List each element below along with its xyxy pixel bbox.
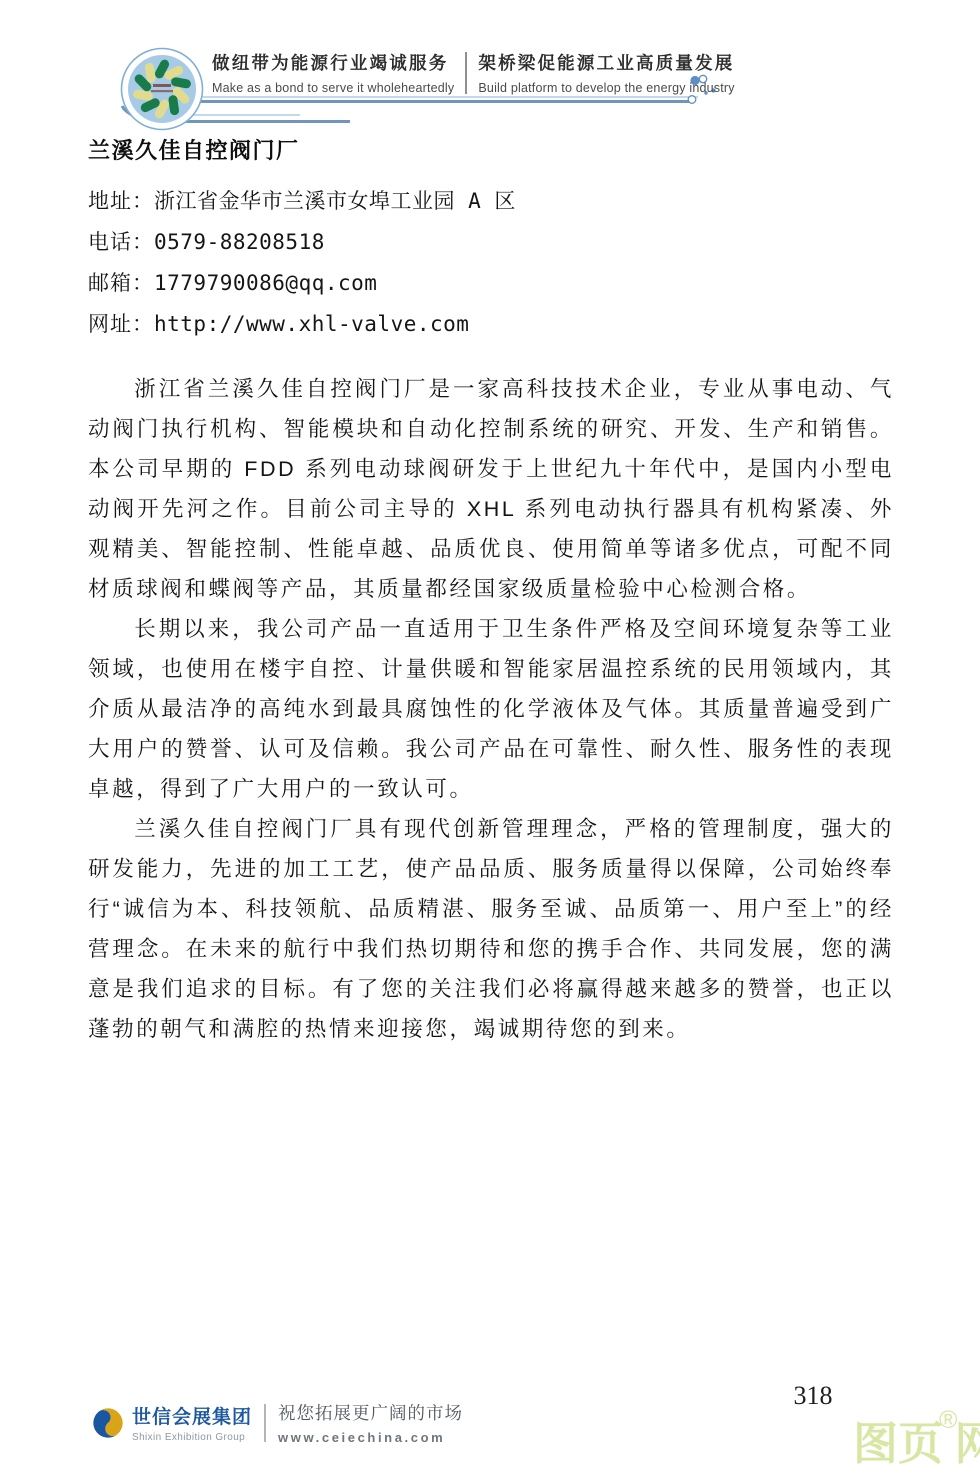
footer-brand-text: 世信会展集团 Shixin Exhibition Group: [132, 1402, 252, 1443]
shixin-logo-icon: [92, 1407, 124, 1439]
company-email-row: 邮箱：1779790086@qq.com: [88, 263, 516, 304]
description-paragraph-2: 长期以来，我公司产品一直适用于卫生条件严格及空间环境复杂等工业领域，也使用在楼宇…: [88, 609, 894, 809]
energy-logo-icon: [122, 49, 203, 130]
footer-tagline: 祝您拓展更广阔的市场: [278, 1400, 463, 1425]
watermark-text-left: 图页: [853, 1418, 943, 1469]
watermark-text-right: 网: [954, 1418, 980, 1469]
slogan-left-cn: 做纽带为能源行业竭诚服务: [212, 50, 454, 75]
catalog-page: 做纽带为能源行业竭诚服务 Make as a bond to serve it …: [0, 0, 980, 1480]
slogan-right-en: Build platform to develop the energy ind…: [478, 81, 734, 95]
footer-brand-cn: 世信会展集团: [132, 1402, 252, 1429]
footer-tagline-block: 祝您拓展更广阔的市场 www.ceiechina.com: [278, 1400, 463, 1445]
company-address-row: 地址：浙江省金华市兰溪市女埠工业园 A 区: [88, 181, 516, 222]
email-label: 邮箱：: [88, 272, 154, 295]
slogan-right-cn: 架桥梁促能源工业高质量发展: [478, 50, 734, 75]
footer-divider: [264, 1404, 266, 1442]
footer-brand-bar: 世信会展集团 Shixin Exhibition Group 祝您拓展更广阔的市…: [92, 1400, 463, 1445]
slogan-left-en: Make as a bond to serve it wholeheartedl…: [212, 81, 454, 95]
description-paragraph-1: 浙江省兰溪久佳自控阀门厂是一家高科技技术企业，专业从事电动、气动阀门执行机构、智…: [88, 369, 894, 609]
watermark: 图页®网: [853, 1421, 980, 1466]
page-number: 318: [788, 1381, 838, 1411]
registered-trademark-icon: ®: [939, 1408, 957, 1433]
email-value: 1779790086@qq.com: [154, 271, 377, 295]
company-info-block: 兰溪久佳自控阀门厂 地址：浙江省金华市兰溪市女埠工业园 A 区 电话：0579-…: [88, 134, 516, 345]
slogan-divider: [465, 52, 467, 94]
phone-label: 电话：: [88, 231, 154, 254]
website-value: http://www.xhl-valve.com: [154, 312, 469, 336]
company-description: 浙江省兰溪久佳自控阀门厂是一家高科技技术企业，专业从事电动、气动阀门执行机构、智…: [88, 369, 894, 1049]
company-name: 兰溪久佳自控阀门厂: [88, 134, 516, 165]
website-label: 网址：: [88, 313, 154, 336]
slogan-left: 做纽带为能源行业竭诚服务 Make as a bond to serve it …: [212, 50, 454, 95]
footer-website: www.ceiechina.com: [278, 1430, 463, 1445]
address-label: 地址：: [88, 190, 154, 213]
header-slogans: 做纽带为能源行业竭诚服务 Make as a bond to serve it …: [212, 50, 735, 95]
description-paragraph-3: 兰溪久佳自控阀门厂具有现代创新管理理念，严格的管理制度，强大的研发能力，先进的加…: [88, 809, 894, 1049]
slogan-right: 架桥梁促能源工业高质量发展 Build platform to develop …: [478, 50, 734, 95]
company-website-row: 网址：http://www.xhl-valve.com: [88, 304, 516, 345]
phone-value: 0579-88208518: [154, 230, 325, 254]
footer-brand-en: Shixin Exhibition Group: [132, 1432, 252, 1443]
address-value: 浙江省金华市兰溪市女埠工业园 A 区: [154, 189, 516, 213]
company-phone-row: 电话：0579-88208518: [88, 222, 516, 263]
